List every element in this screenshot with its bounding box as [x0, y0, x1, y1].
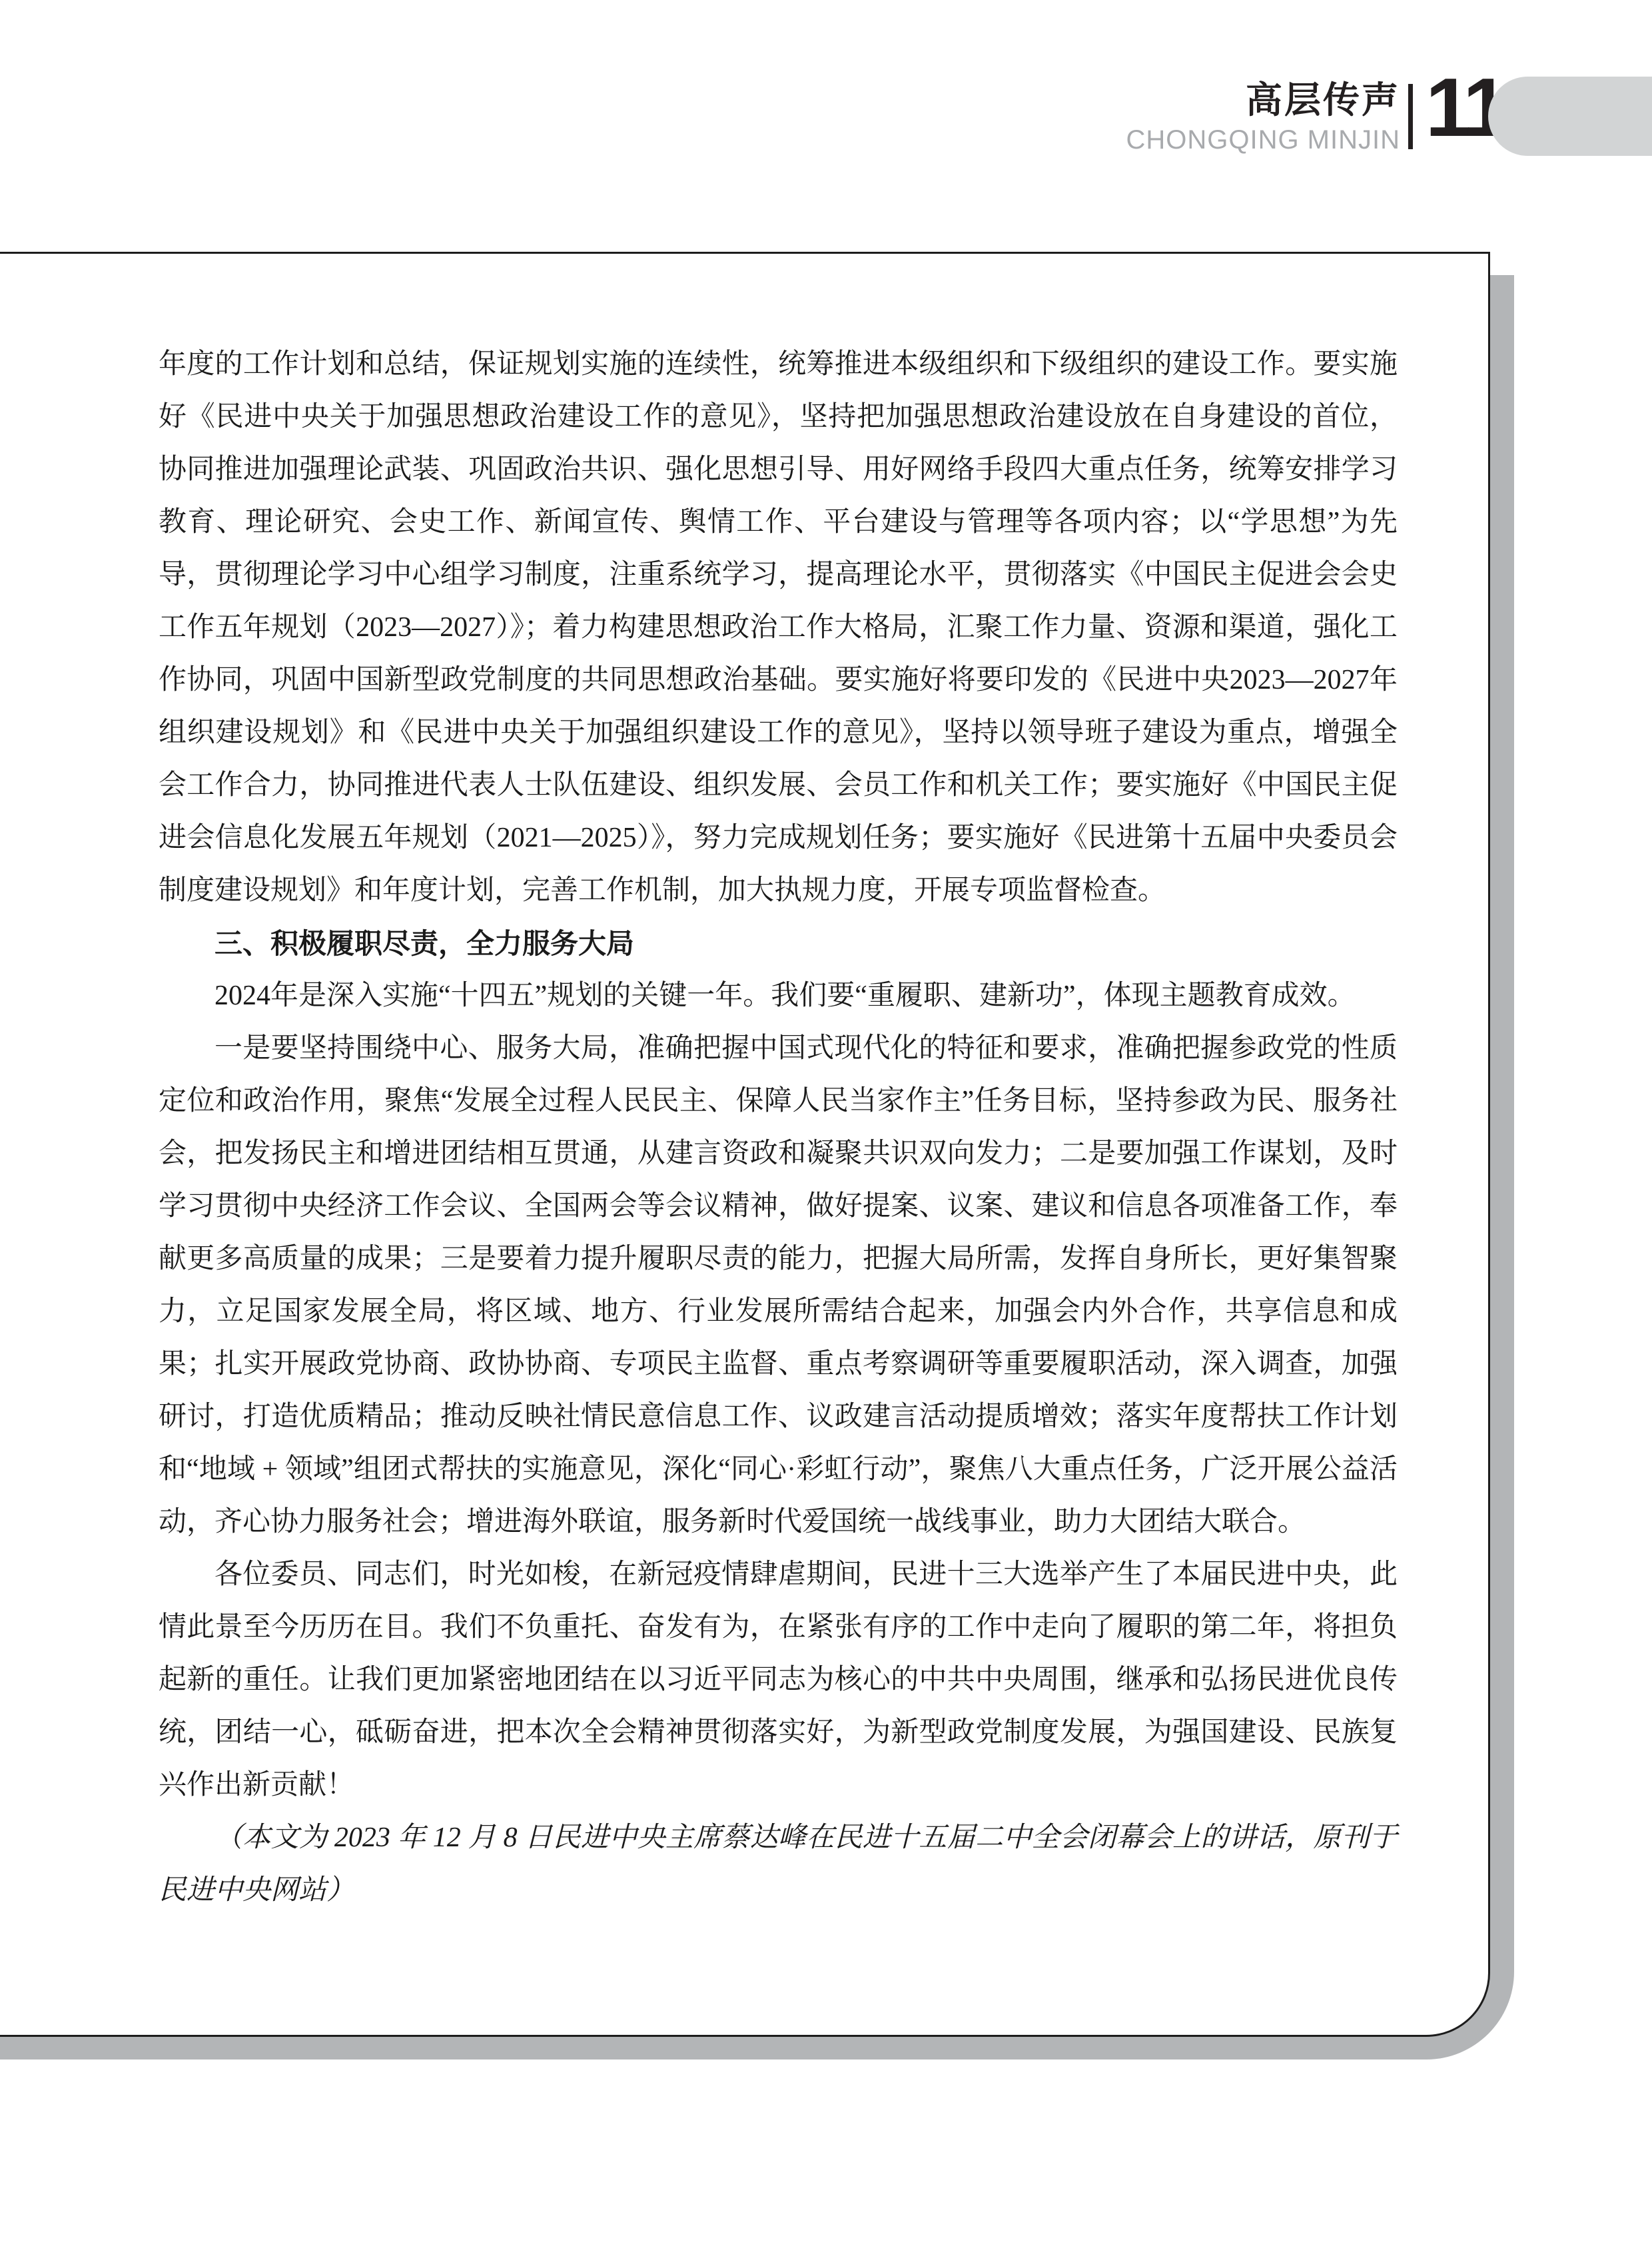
section-title: 高层传声: [1126, 80, 1400, 120]
paragraph: 各位委员、同志们，时光如梭，在新冠疫情肆虐期间，民进十三大选举产生了本届民进中央…: [159, 1549, 1398, 1812]
paragraph: 一是要坚持围绕中心、服务大局，准确把握中国式现代化的特征和要求，准确把握参政党的…: [159, 1022, 1398, 1549]
content-card: 年度的工作计划和总结，保证规划实施的连续性，统筹推进本级组织和下级组织的建设工作…: [0, 252, 1490, 2037]
header-pill-decoration: [1488, 77, 1652, 156]
paragraph: 2024年是深入实施“十四五”规划的关键一年。我们要“重履职、建新功”，体现主题…: [159, 970, 1398, 1022]
header-title-group: 高层传声 CHONGQING MINJIN: [1126, 80, 1400, 155]
section-heading: 三、积极履职尽责，全力服务大局: [159, 917, 1398, 970]
paragraph: （本文为 2023 年 12 月 8 日民进中央主席蔡达峰在民进十五届二中全会闭…: [159, 1812, 1398, 1917]
section-subtitle: CHONGQING MINJIN: [1126, 125, 1400, 155]
header-divider: [1408, 84, 1413, 149]
article-body: 年度的工作计划和总结，保证规划实施的连续性，统筹推进本级组织和下级组织的建设工作…: [159, 338, 1398, 1917]
magazine-page: 高层传声 CHONGQING MINJIN 11 年度的工作计划和总结，保证规划…: [0, 0, 1652, 2242]
paragraph: 年度的工作计划和总结，保证规划实施的连续性，统筹推进本级组织和下级组织的建设工作…: [159, 338, 1398, 917]
